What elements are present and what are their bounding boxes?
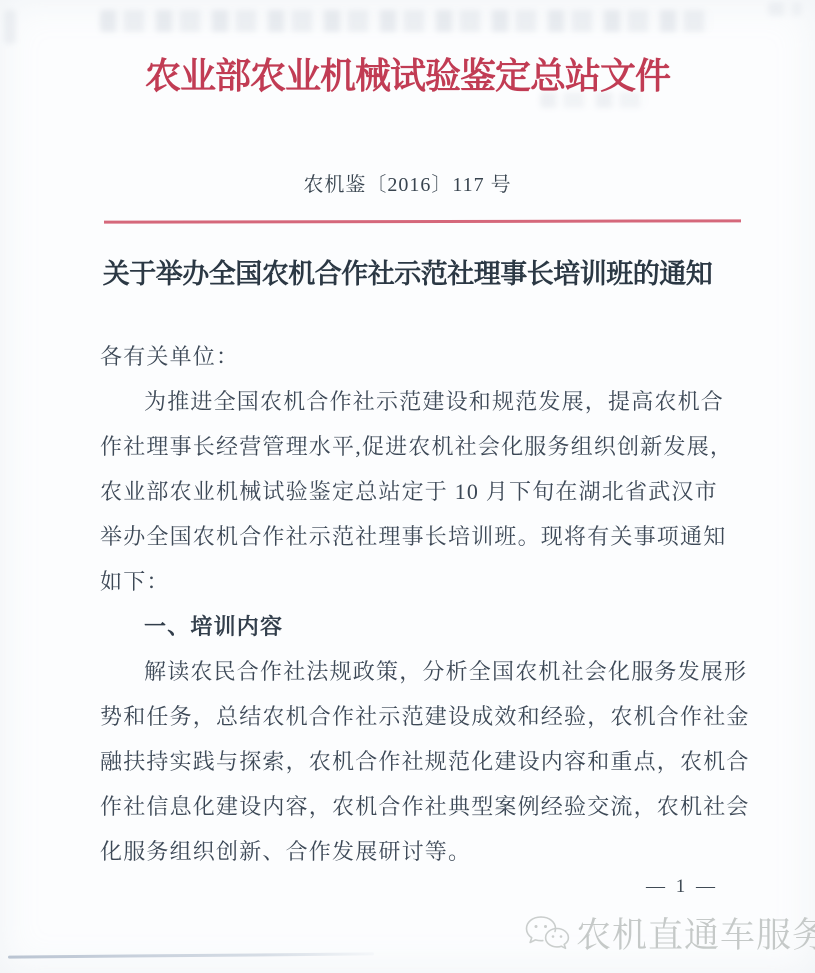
watermark: 农机直通车服务号	[524, 908, 815, 958]
scan-artifact-line	[8, 952, 374, 958]
page-number: — 1 —	[646, 876, 718, 898]
document-body: 各有关单位： 为推进全国农机合作社示范建设和规范发展，提高农机合 作社理事长经营…	[100, 334, 752, 874]
issuing-agency-header: 农业部农业机械试验鉴定总站文件	[0, 48, 815, 99]
salutation: 各有关单位：	[100, 334, 752, 379]
document-number: 农机鉴〔2016〕117 号	[0, 168, 815, 197]
bleed-through-smudge-topright	[768, 2, 802, 16]
document-title: 关于举办全国农机合作社示范社理事长培训班的通知	[0, 252, 815, 291]
paragraph-1: 为推进全国农机合作社示范建设和规范发展，提高农机合 作社理事长经营管理水平,促进…	[100, 379, 752, 604]
red-divider-line	[104, 219, 741, 223]
bleed-through-smudge-top	[100, 10, 712, 32]
watermark-label: 农机直通车服务号	[576, 908, 815, 958]
bleed-through-smudge-corner	[4, 10, 16, 44]
wechat-icon	[524, 914, 570, 952]
paragraph-2: 解读农民合作社法规政策，分析全国农机社会化服务发展形 势和任务，总结农机合作社示…	[100, 649, 752, 874]
document-page: 农业部农业机械试验鉴定总站文件 农机鉴〔2016〕117 号 关于举办全国农机合…	[0, 0, 815, 973]
section-heading-1: 一、培训内容	[100, 604, 752, 649]
